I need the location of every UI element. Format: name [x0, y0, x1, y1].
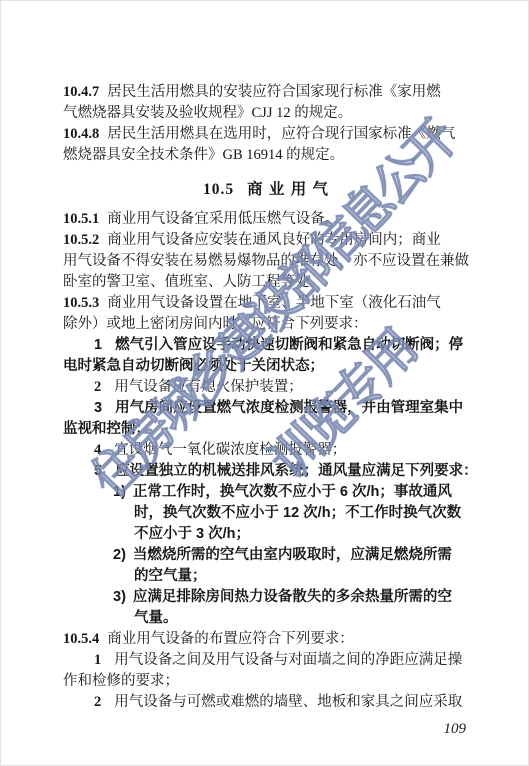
list-item-line: 1燃气引入管应设手动快速切断阀和紧急自动切断阀；停 — [63, 335, 469, 356]
item-number: 3 — [94, 400, 102, 416]
document-page: 10.4.7居民生活用燃具的安装应符合国家现行标准《家用燃气燃烧器具安装及验收规… — [0, 0, 529, 766]
line-text: 用气设备与可燃或难燃的墙壁、地板和家具之间应采取 — [114, 694, 462, 710]
clause-line: 10.4.7居民生活用燃具的安装应符合国家现行标准《家用燃 — [63, 82, 469, 103]
clause-line: 10.5.3商业用气设备设置在地下室、半地下室（液化石油气 — [63, 293, 469, 314]
line-text: 商业用气设备设置在地下室、半地下室（液化石油气 — [107, 295, 441, 311]
item-number: 10.5.3 — [63, 295, 99, 311]
line-text: 燃烧器具安全技术条件》GB 16914 的规定。 — [63, 147, 344, 163]
item-number: 2) — [113, 547, 126, 563]
list-item-line: 1用气设备之间及用气设备与对面墙之间的净距应满足操 — [63, 650, 469, 671]
line-text: 气燃烧器具安装及验收规程》CJJ 12 的规定。 — [63, 105, 352, 121]
list-item-line: 4宜设烟气一氧化碳浓度检测报警器； — [63, 440, 469, 461]
item-number: 10.4.8 — [63, 126, 99, 142]
line-text: 的空气量； — [134, 568, 207, 584]
text-line: 监视和控制； — [63, 419, 469, 440]
line-text: 作和检修的要求； — [63, 673, 179, 689]
clause-line: 10.5.1商业用气设备宜采用低压燃气设备。 — [63, 209, 469, 230]
line-text: 不应小于 3 次/h； — [134, 526, 250, 542]
list-item-line: 5应设置独立的机械送排风系统；通风量应满足下列要求： — [63, 461, 469, 482]
line-text: 当燃烧所需的空气由室内吸取时，应满足燃烧所需 — [133, 547, 452, 563]
sub-item-line: 2)当燃烧所需的空气由室内吸取时，应满足燃烧所需 — [63, 545, 469, 566]
list-item-line: 3用气房间应设置燃气浓度检测报警器，并由管理室集中 — [63, 398, 469, 419]
text-line: 作和检修的要求； — [63, 671, 469, 692]
item-number: 2 — [94, 379, 101, 395]
item-number: 5 — [94, 463, 102, 479]
line-text: 用气设备之间及用气设备与对面墙之间的净距应满足操 — [114, 652, 462, 668]
line-text: 应设置独立的机械送排风系统；通风量应满足下列要求： — [115, 463, 478, 479]
list-item-line: 2用气设备应有熄火保护装置； — [63, 377, 469, 398]
sub-item-cont-line: 不应小于 3 次/h； — [63, 524, 469, 545]
line-text: 居民生活用燃具的安装应符合国家现行标准《家用燃 — [107, 84, 441, 100]
item-number: 10.5.1 — [63, 211, 99, 227]
item-number: 10.4.7 — [63, 84, 99, 100]
sub-item-line: 1)正常工作时，换气次数不应小于 6 次/h；事故通风 — [63, 482, 469, 503]
line-text: 商业用气设备应安装在通风良好的专用房间内；商业 — [107, 232, 441, 248]
line-text: 宜设烟气一氧化碳浓度检测报警器； — [114, 442, 346, 458]
line-text: 用气设备不得安装在易燃易爆物品的堆存处，亦不应设置在兼做 — [63, 253, 469, 269]
line-text: 燃气引入管应设手动快速切断阀和紧急自动切断阀；停 — [115, 337, 463, 353]
section-title: 商 业 用 气 — [247, 181, 329, 198]
line-text: 卧室的警卫室、值班室、人防工程等处。 — [63, 274, 324, 290]
item-number: 10.5.4 — [63, 631, 99, 647]
line-text: 监视和控制； — [63, 421, 150, 437]
sub-item-cont-line: 的空气量； — [63, 566, 469, 587]
page-number: 109 — [444, 719, 467, 740]
line-text: 用气设备应有熄火保护装置； — [114, 379, 303, 395]
item-number: 1 — [94, 337, 102, 353]
section-number: 10.5 — [203, 181, 234, 198]
line-text: 居民生活用燃具在选用时，应符合现行国家标准《燃气 — [107, 126, 455, 142]
line-text: 时，换气次数不应小于 12 次/h；不工作时换气次数 — [134, 505, 461, 521]
clause-line: 10.5.4商业用气设备的布置应符合下列要求： — [63, 629, 469, 650]
line-text: 用气房间应设置燃气浓度检测报警器，并由管理室集中 — [115, 400, 463, 416]
text-line: 气燃烧器具安装及验收规程》CJJ 12 的规定。 — [63, 103, 469, 124]
text-line: 卧室的警卫室、值班室、人防工程等处。 — [63, 272, 469, 293]
item-number: 1) — [113, 484, 126, 500]
line-text: 商业用气设备的布置应符合下列要求： — [107, 631, 354, 647]
line-text: 电时紧急自动切断阀必须处于关闭状态； — [63, 358, 324, 374]
clause-line: 10.4.8居民生活用燃具在选用时，应符合现行国家标准《燃气 — [63, 124, 469, 145]
sub-item-cont-line: 气量。 — [63, 608, 469, 629]
sub-item-cont-line: 时，换气次数不应小于 12 次/h；不工作时换气次数 — [63, 503, 469, 524]
text-line: 除外）或地上密闭房间内时，应符合下列要求： — [63, 314, 469, 335]
item-number: 10.5.2 — [63, 232, 99, 248]
clause-line: 10.5.2商业用气设备应安装在通风良好的专用房间内；商业 — [63, 230, 469, 251]
text-line: 燃烧器具安全技术条件》GB 16914 的规定。 — [63, 145, 469, 166]
item-number: 2 — [94, 694, 101, 710]
text-line: 电时紧急自动切断阀必须处于关闭状态； — [63, 356, 469, 377]
line-text: 气量。 — [134, 610, 178, 626]
page-content: 10.4.7居民生活用燃具的安装应符合国家现行标准《家用燃气燃烧器具安装及验收规… — [63, 82, 469, 713]
text-line: 用气设备不得安装在易燃易爆物品的堆存处，亦不应设置在兼做 — [63, 251, 469, 272]
line-text: 除外）或地上密闭房间内时，应符合下列要求： — [63, 316, 368, 332]
section-heading: 10.5商 业 用 气 — [63, 177, 469, 199]
list-item-line: 2用气设备与可燃或难燃的墙壁、地板和家具之间应采取 — [63, 692, 469, 713]
item-number: 1 — [94, 652, 101, 668]
line-text: 应满足排除房间热力设备散失的多余热量所需的空 — [133, 589, 452, 605]
item-number: 4 — [94, 442, 101, 458]
line-text: 正常工作时，换气次数不应小于 6 次/h；事故通风 — [133, 484, 452, 500]
line-text: 商业用气设备宜采用低压燃气设备。 — [107, 211, 339, 227]
item-number: 3) — [113, 589, 126, 605]
sub-item-line: 3)应满足排除房间热力设备散失的多余热量所需的空 — [63, 587, 469, 608]
